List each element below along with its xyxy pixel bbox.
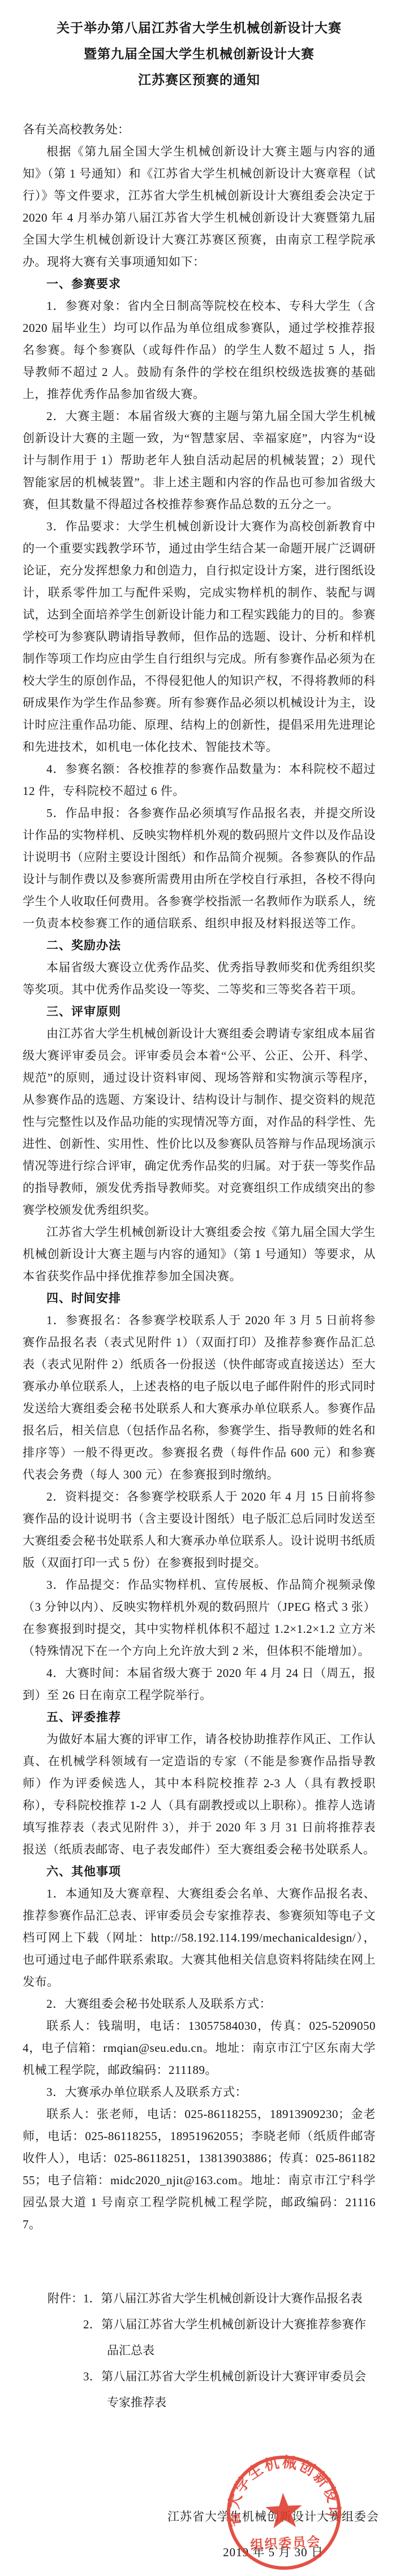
paragraph: 3．作品要求：大学生机械创新设计大赛作为高校创新教育中的一个重要实践教学环节，通… <box>23 516 376 758</box>
paragraph: 5．作品申报：各参赛作品必须填写作品报名表，并提交所设计作品的实物样机、反映实物… <box>23 802 376 935</box>
section-entry-requirements: 一、参赛要求 1．参赛对象：省内全日制高等院校在校本、专科大学生（含 2020 … <box>23 273 376 935</box>
title-line-1: 关于举办第八届江苏省大学生机械创新设计大赛 <box>23 15 376 41</box>
paragraph: 3．作品提交：作品实物样机、宣传展板、作品简介视频录像（3 分钟以内）、反映实物… <box>23 1574 376 1662</box>
section-heading-1: 一、参赛要求 <box>23 273 376 295</box>
paragraph: 1．本通知及大赛章程、大赛组委会名单、大赛作品报名表、推荐参赛作品汇总表、评审委… <box>23 1883 376 1993</box>
salutation: 各有关高校教务处： <box>23 119 376 141</box>
section-other-matters: 六、其他事项 1．本通知及大赛章程、大赛组委会名单、大赛作品报名表、推荐参赛作品… <box>23 1861 376 2236</box>
paragraph: 本届省级大赛设立优秀作品奖、优秀指导教师奖和优秀组织奖等奖项。其中优秀作品奖设一… <box>23 957 376 1001</box>
title-line-2: 暨第九届全国大学生机械创新设计大赛 <box>23 41 376 67</box>
paragraph: 由江苏省大学生机械创新设计大赛组委会聘请专家组成本届省级大赛评审委员会。评审委员… <box>23 1023 376 1221</box>
paragraph: 2．大赛主题：本届省级大赛的主题与第九届全国大学生机械创新设计大赛的主题一致，为… <box>23 405 376 516</box>
attachment-item-3: 3．第八届江苏省大学生机械创新设计大赛评审委员会专家推荐表 <box>83 2363 366 2415</box>
attachments-list: 附件： 1．第八届江苏省大学生机械创新设计大赛作品报名表 2．第八届江苏省大学生… <box>23 2285 376 2415</box>
paragraph: 1．参赛对象：省内全日制高等院校在校本、专科大学生（含 2020 届毕业生）均可… <box>23 295 376 405</box>
document-title: 关于举办第八届江苏省大学生机械创新设计大赛 暨第九届全国大学生机械创新设计大赛 … <box>23 15 376 93</box>
section-heading-2: 二、奖励办法 <box>23 935 376 957</box>
paragraph: 2．资料提交：各参赛学校联系人于 2020 年 4 月 15 日前将参赛作品的设… <box>23 1486 376 1574</box>
section-heading-6: 六、其他事项 <box>23 1861 376 1883</box>
attachments-items: 1．第八届江苏省大学生机械创新设计大赛作品报名表 2．第八届江苏省大学生机械创新… <box>83 2285 366 2415</box>
attachment-item-1: 1．第八届江苏省大学生机械创新设计大赛作品报名表 <box>83 2285 366 2311</box>
paragraph: 4．参赛名额：各校推荐的参赛作品数量为：本科院校不超过 12 件，专科院校不超过… <box>23 758 376 802</box>
paragraph: 为做好本届大赛的评审工作，请各校协助推荐作风正、工作认真、在机械学科领域有一定造… <box>23 1728 376 1861</box>
section-judge-recommendation: 五、评委推荐 为做好本届大赛的评审工作，请各校协助推荐作风正、工作认真、在机械学… <box>23 1706 376 1861</box>
section-heading-4: 四、时间安排 <box>23 1287 376 1309</box>
intro-paragraph: 根据《第九届全国大学生机械创新设计大赛主题与内容的通知》（第 1 号通知）和《江… <box>23 141 376 273</box>
attachment-item-2: 2．第八届江苏省大学生机械创新设计大赛推荐参赛作品汇总表 <box>83 2311 366 2363</box>
section-heading-5: 五、评委推荐 <box>23 1706 376 1728</box>
section-awards: 二、奖励办法 本届省级大赛设立优秀作品奖、优秀指导教师奖和优秀组织奖等奖项。其中… <box>23 935 376 1001</box>
seal-bottom-text: 组织委员会 <box>250 2534 321 2553</box>
section-schedule: 四、时间安排 1．参赛报名：各参赛学校联系人于 2020 年 3 月 5 日前将… <box>23 1287 376 1706</box>
official-seal-stamp-icon: 江苏省大学生机械创新设计大赛 组织委员会 <box>221 2450 347 2576</box>
notice-document-page: 关于举办第八届江苏省大学生机械创新设计大赛 暨第九届全国大学生机械创新设计大赛 … <box>0 0 396 2576</box>
contact-info-secretariat: 联系人：钱瑞明，电话：13057584030，传真：025-52090504，电… <box>23 2015 376 2081</box>
paragraph: 4．大赛时间：本届省级大赛于 2020 年 4 月 24 日（周五，报到）至 2… <box>23 1662 376 1706</box>
title-line-3: 江苏赛区预赛的通知 <box>23 67 376 93</box>
document-content: 关于举办第八届江苏省大学生机械创新设计大赛 暨第九届全国大学生机械创新设计大赛 … <box>0 0 396 2415</box>
contact-info-host: 联系人：张老师，电话：025-86118255，18913909230；金老师，… <box>23 2103 376 2236</box>
paragraph: 2．大赛组委会秘书处联系人及联系方式： <box>23 1993 376 2015</box>
attachments-label: 附件： <box>48 2285 83 2415</box>
paragraph: 1．参赛报名：各参赛学校联系人于 2020 年 3 月 5 日前将参赛作品报名表… <box>23 1309 376 1486</box>
section-heading-3: 三、评审原则 <box>23 1001 376 1023</box>
paragraph: 江苏省大学生机械创新设计大赛组委会按《第九届全国大学生机械创新设计大赛主题与内容… <box>23 1221 376 1287</box>
section-review-principles: 三、评审原则 由江苏省大学生机械创新设计大赛组委会聘请专家组成本届省级大赛评审委… <box>23 1001 376 1287</box>
seal-star-icon <box>265 2492 303 2529</box>
paragraph: 3．大赛承办单位联系人及联系方式： <box>23 2081 376 2103</box>
